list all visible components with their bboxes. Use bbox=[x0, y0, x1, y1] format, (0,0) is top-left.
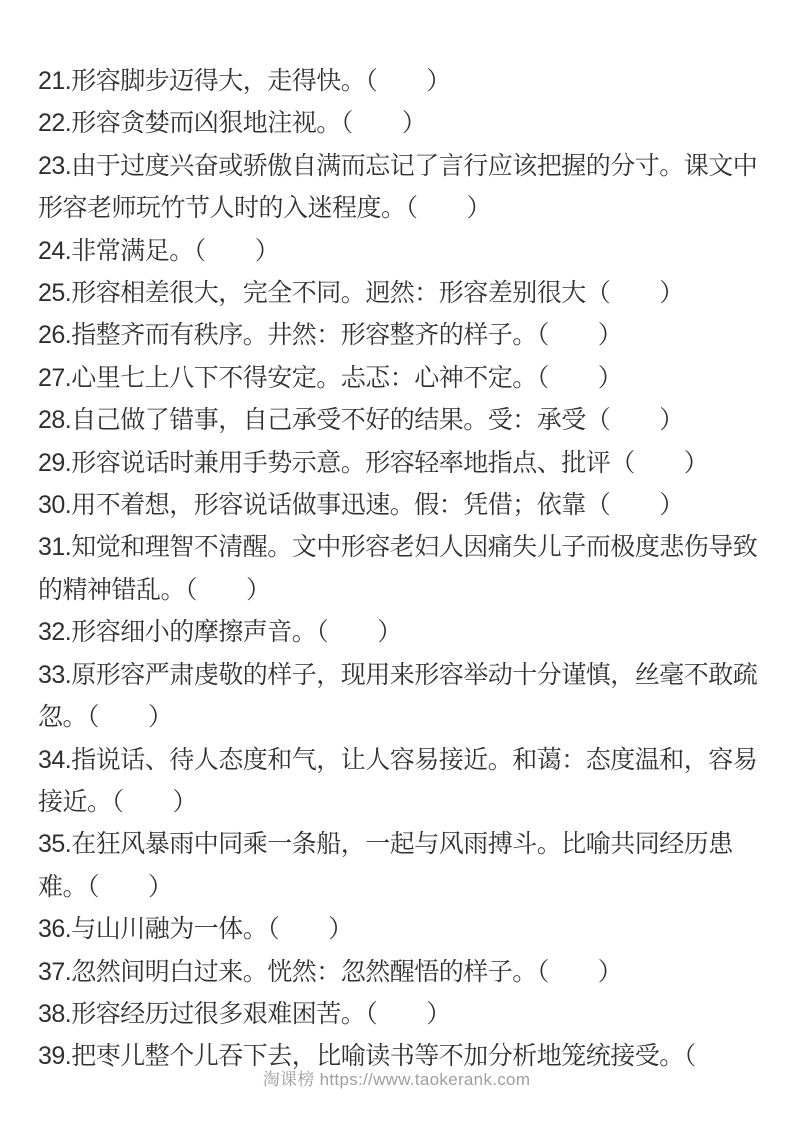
worksheet-item: 34.指说话、待人态度和气，让人容易接近。和蔼：态度温和，容易 接近。（ ） bbox=[38, 739, 786, 824]
worksheet-item: 26.指整齐而有秩序。井然：形容整齐的样子。（ ） bbox=[38, 314, 786, 356]
worksheet-item: 35.在狂风暴雨中同乘一条船，一起与风雨搏斗。比喻共同经历患 难。（ ） bbox=[38, 823, 786, 908]
worksheet-item: 36.与山川融为一体。（ ） bbox=[38, 908, 786, 950]
worksheet-item: 32.形容细小的摩擦声音。（ ） bbox=[38, 611, 786, 653]
watermark-footer: 淘课榜 https://www.taokerank.com bbox=[0, 1068, 793, 1092]
worksheet-item: 22.形容贪婪而凶狠地注视。（ ） bbox=[38, 102, 786, 144]
worksheet-item: 29.形容说话时兼用手势示意。形容轻率地指点、批评（ ） bbox=[38, 442, 786, 484]
worksheet-item: 21.形容脚步迈得大，走得快。（ ） bbox=[38, 60, 786, 102]
worksheet-item: 38.形容经历过很多艰难困苦。（ ） bbox=[38, 993, 786, 1035]
worksheet-item: 33.原形容严肃虔敬的样子，现用来形容举动十分谨慎，丝毫不敢疏 忽。（ ） bbox=[38, 654, 786, 739]
worksheet-items: 21.形容脚步迈得大，走得快。（ ）22.形容贪婪而凶狠地注视。（ ）23.由于… bbox=[38, 60, 786, 1078]
worksheet-page: 21.形容脚步迈得大，走得快。（ ）22.形容贪婪而凶狠地注视。（ ）23.由于… bbox=[0, 0, 793, 1122]
watermark-text: 淘课榜 https://www.taokerank.com bbox=[263, 1070, 531, 1089]
worksheet-item: 23.由于过度兴奋或骄傲自满而忘记了言行应该把握的分寸。课文中 形容老师玩竹节人… bbox=[38, 145, 786, 230]
worksheet-item: 28.自己做了错事，自己承受不好的结果。受：承受（ ） bbox=[38, 399, 786, 441]
worksheet-item: 27.心里七上八下不得安定。忐忑：心神不定。（ ） bbox=[38, 357, 786, 399]
worksheet-item: 24.非常满足。（ ） bbox=[38, 230, 786, 272]
worksheet-item: 31.知觉和理智不清醒。文中形容老妇人因痛失儿子而极度悲伤导致 的精神错乱。（ … bbox=[38, 526, 786, 611]
worksheet-item: 30.用不着想，形容说话做事迅速。假：凭借；依靠（ ） bbox=[38, 484, 786, 526]
worksheet-item: 37.忽然间明白过来。恍然：忽然醒悟的样子。（ ） bbox=[38, 951, 786, 993]
worksheet-item: 25.形容相差很大，完全不同。迥然：形容差别很大（ ） bbox=[38, 272, 786, 314]
